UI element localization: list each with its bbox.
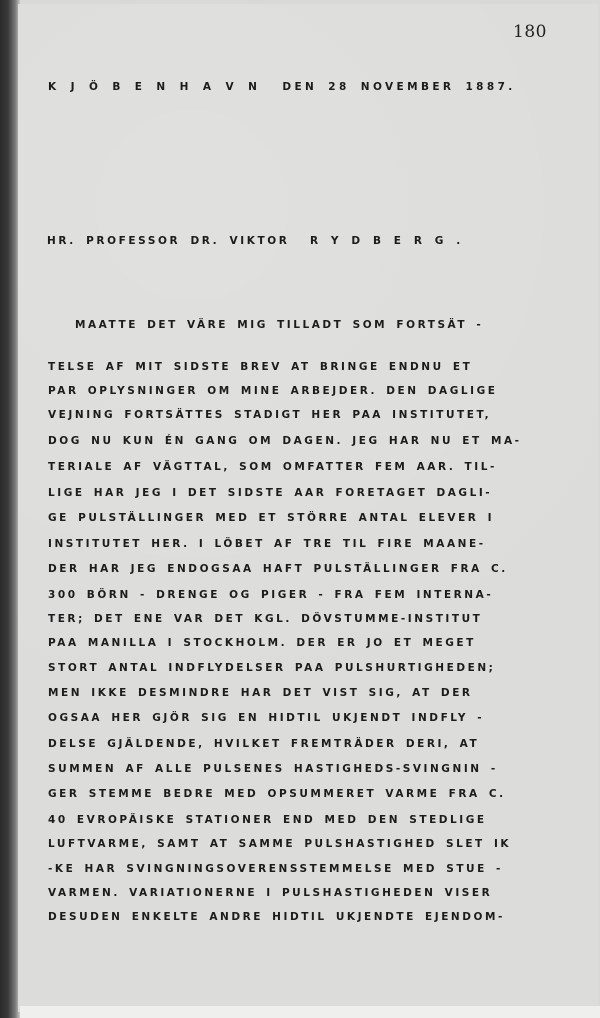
body-line: VEJNING FORTSÄTTES STADIGT HER PAA INSTI…	[48, 409, 491, 421]
body-line: 40 EVROPÄISKE STATIONER END MED DEN STED…	[48, 814, 487, 826]
letter-salutation: HR. PROFESSOR DR. VIKTOR R Y D B E R G .	[47, 235, 463, 247]
page-number: 180	[513, 22, 547, 42]
body-line: -KE HAR SVINGNINGSOVERENSSTEMMELSE MED S…	[48, 863, 503, 875]
body-line: VARMEN. VARIATIONERNE I PULSHASTIGHEDEN …	[48, 887, 492, 899]
book-spine-shadow	[0, 0, 20, 1018]
body-line: OGSAA HER GJÖR SIG EN HIDTIL UKJENDT IND…	[48, 712, 484, 724]
body-line: LIGE HAR JEG I DET SIDSTE AAR FORETAGET …	[48, 487, 492, 499]
body-line: TER; DET ENE VAR DET KGL. DÖVSTUMME-INST…	[48, 613, 482, 625]
body-line: PAA MANILLA I STOCKHOLM. DER ER JO ET ME…	[48, 637, 476, 649]
body-line: PAR OPLYSNINGER OM MINE ARBEJDER. DEN DA…	[48, 385, 498, 397]
body-line: TELSE AF MIT SIDSTE BREV AT BRINGE ENDNU…	[48, 361, 472, 373]
body-line: INSTITUTET HER. I LÖBET AF TRE TIL FIRE …	[48, 538, 486, 550]
letter-dateline: K J Ö B E N H A V N DEN 28 NOVEMBER 1887…	[48, 81, 516, 93]
body-line: MAATTE DET VÄRE MIG TILLADT SOM FORTSÄT …	[75, 319, 483, 331]
body-line: DELSE GJÄLDENDE, HVILKET FREMTRÄDER DERI…	[48, 738, 479, 750]
body-line: SUMMEN AF ALLE PULSENES HASTIGHEDS-SVING…	[48, 763, 498, 775]
body-line: MEN IKKE DESMINDRE HAR DET VIST SIG, AT …	[48, 687, 473, 699]
body-line: DESUDEN ENKELTE ANDRE HIDTIL UKJENDTE EJ…	[48, 911, 505, 923]
body-line: GE PULSTÄLLINGER MED ET STÖRRE ANTAL ELE…	[48, 512, 494, 524]
body-line: GER STEMME BEDRE MED OPSUMMERET VARME FR…	[48, 788, 506, 800]
body-line: DER HAR JEG ENDOGSAA HAFT PULSTÄLLINGER …	[48, 563, 508, 575]
page-bottom-edge	[20, 1006, 600, 1018]
typewritten-page	[18, 4, 598, 1012]
body-line: TERIALE AF VÄGTTAL, SOM OMFATTER FEM AAR…	[48, 461, 497, 473]
body-line: 300 BÖRN - DRENGE OG PIGER - FRA FEM INT…	[48, 589, 493, 601]
body-line: STORT ANTAL INDFLYDELSER PAA PULSHURTIGH…	[48, 662, 495, 674]
body-line: LUFTVARME, SAMT AT SAMME PULSHASTIGHED S…	[48, 838, 511, 850]
body-line: DOG NU KUN ÉN GANG OM DAGEN. JEG HAR NU …	[48, 435, 522, 447]
